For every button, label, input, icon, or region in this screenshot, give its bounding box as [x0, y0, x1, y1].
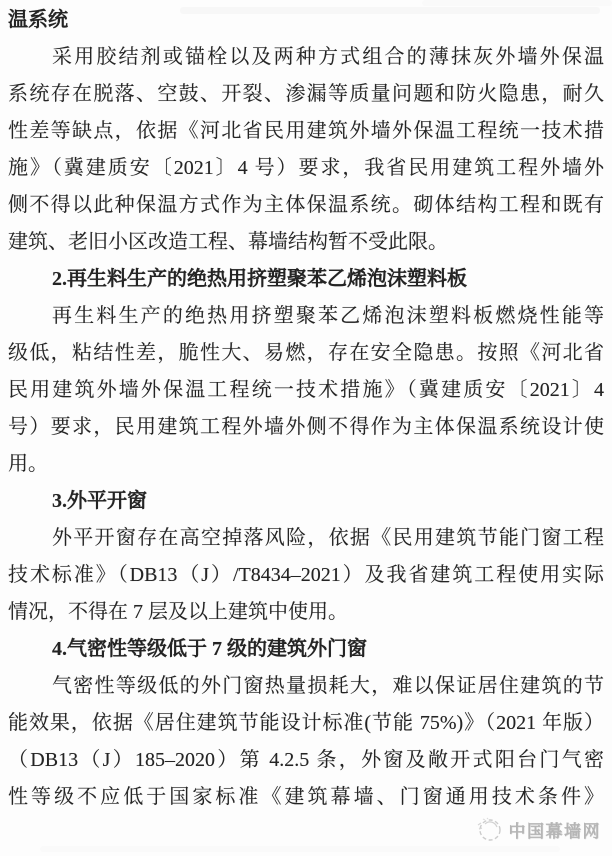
- heading-line: 4.气密性等级低于 7 级的建筑外门窗: [8, 631, 604, 668]
- watermark-label: 中国幕墙网: [509, 817, 602, 842]
- text-line: 号）要求，民用建筑工程外墙外侧不得作为主体保温系统设计使: [8, 409, 604, 446]
- text-line: 建筑、老旧小区改造工程、幕墙结构暂不受此限。: [8, 224, 604, 261]
- text-line: 性差等缺点，依据《河北省民用建筑外墙外保温工程统一技术措: [8, 113, 604, 150]
- text-line: 用。: [8, 446, 604, 483]
- scan-shading: [40, 846, 560, 852]
- text-line: 采用胶结剂或锚栓以及两种方式组合的薄抹灰外墙外保温: [8, 39, 604, 76]
- text-line: 情况，不得在 7 层及以上建筑中使用。: [8, 594, 604, 631]
- text-line: 性等级不应低于国家标准《建筑幕墙、门窗通用技术条件》: [8, 779, 604, 816]
- text-line: 施》（冀建质安〔2021〕4 号）要求，我省民用建筑工程外墙外: [8, 150, 604, 187]
- text-line: 外平开窗存在高空掉落风险，依据《民用建筑节能门窗工程: [8, 520, 604, 557]
- document-page: 温系统采用胶结剂或锚栓以及两种方式组合的薄抹灰外墙外保温系统存在脱落、空鼓、开裂…: [0, 0, 612, 856]
- heading-line: 2.再生料生产的绝热用挤塑聚苯乙烯泡沫塑料板: [8, 261, 604, 298]
- watermark: 中国幕墙网: [475, 815, 602, 843]
- text-line: 技术标准》（DB13（J）/T8434–2021）及我省建筑工程使用实际: [8, 557, 604, 594]
- text-line: 系统存在脱落、空鼓、开裂、渗漏等质量问题和防火隐患，耐久: [8, 76, 604, 113]
- text-line: （DB13（J）185–2020）第 4.2.5 条，外窗及敞开式阳台门气密: [8, 742, 604, 779]
- document-body: 温系统采用胶结剂或锚栓以及两种方式组合的薄抹灰外墙外保温系统存在脱落、空鼓、开裂…: [8, 2, 604, 816]
- text-line: 再生料生产的绝热用挤塑聚苯乙烯泡沫塑料板燃烧性能等: [8, 298, 604, 335]
- text-line: 能效果，依据《居住建筑节能设计标准(节能 75%)》（2021 年版）: [8, 705, 604, 742]
- heading-line: 3.外平开窗: [8, 483, 604, 520]
- text-line: 级低，粘结性差，脆性大、易燃，存在安全隐患。按照《河北省: [8, 335, 604, 372]
- text-line: 民用建筑外墙外保温工程统一技术措施》（冀建质安〔2021〕4: [8, 372, 604, 409]
- text-line: 侧不得以此种保温方式作为主体保温系统。砌体结构工程和既有: [8, 187, 604, 224]
- text-line: 气密性等级低的外门窗热量损耗大，难以保证居住建筑的节: [8, 668, 604, 705]
- heading-line: 温系统: [8, 2, 604, 39]
- globe-sketch-icon: [475, 815, 503, 843]
